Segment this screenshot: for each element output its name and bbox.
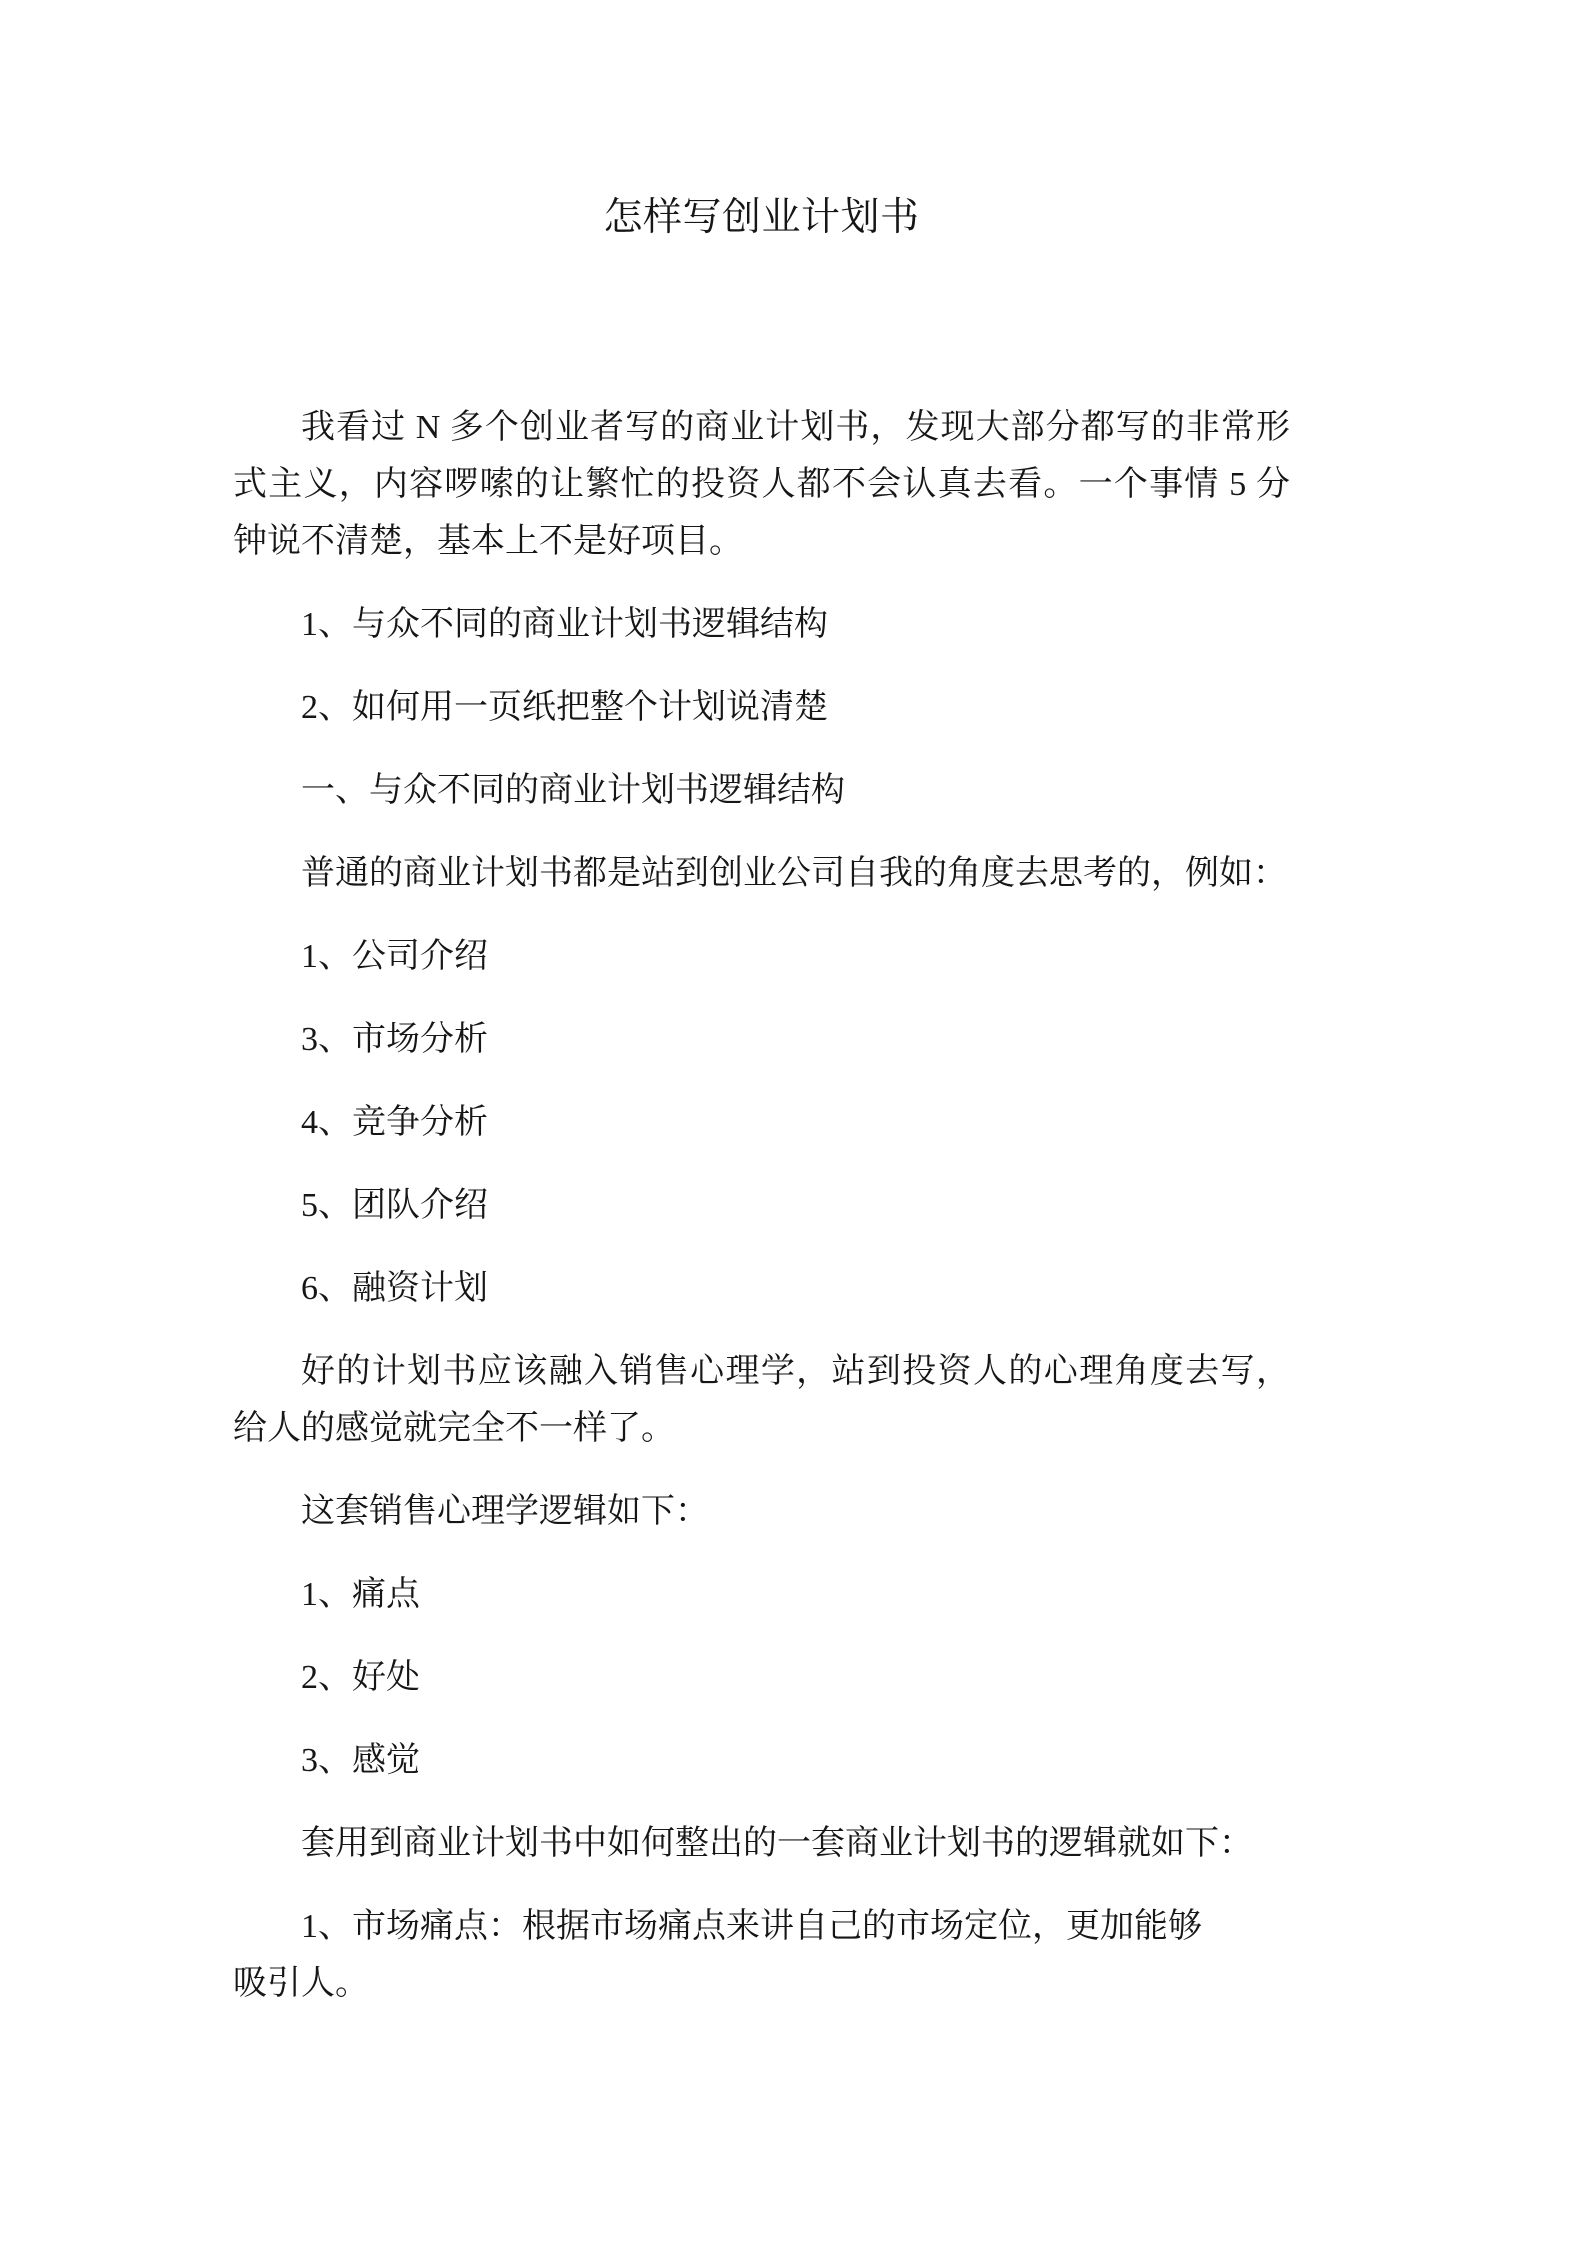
list-item-team-intro: 5、团队介绍 [233,1177,1290,1234]
document-title: 怎样写创业计划书 [233,193,1290,243]
paragraph-line: 式主义，内容啰嗦的让繁忙的投资人都不会认真去看。一个事情 5 分 [233,456,1290,513]
outline-item-1: 1、与众不同的商业计划书逻辑结构 [233,596,1290,653]
list-item-company-intro: 1、公司介绍 [233,928,1290,985]
paragraph-line: 吸引人。 [233,1955,1290,2012]
list-item-pain-point: 1、痛点 [233,1566,1290,1623]
market-pain-point-paragraph: 1、市场痛点：根据市场痛点来讲自己的市场定位，更加能够 吸引人。 [233,1898,1290,2012]
outline-item-2: 2、如何用一页纸把整个计划说清楚 [233,679,1290,736]
paragraph-line: 好的计划书应该融入销售心理学，站到投资人的心理角度去写， [233,1343,1290,1400]
paragraph-line: 我看过 N 多个创业者写的商业计划书，发现大部分都写的非常形 [233,399,1290,456]
paragraph-line: 给人的感觉就完全不一样了。 [233,1400,1290,1457]
list-item-benefit: 2、好处 [233,1649,1290,1706]
good-plan-paragraph: 好的计划书应该融入销售心理学，站到投资人的心理角度去写， 给人的感觉就完全不一样… [233,1343,1290,1457]
list-item-feeling: 3、感觉 [233,1732,1290,1789]
list-item-competition-analysis: 4、竞争分析 [233,1094,1290,1151]
document-content: 怎样写创业计划书 我看过 N 多个创业者写的商业计划书，发现大部分都写的非常形 … [233,193,1290,2012]
psychology-intro-paragraph: 这套销售心理学逻辑如下： [233,1483,1290,1540]
intro-paragraph: 我看过 N 多个创业者写的商业计划书，发现大部分都写的非常形 式主义，内容啰嗦的… [233,399,1290,570]
apply-intro-paragraph: 套用到商业计划书中如何整出的一套商业计划书的逻辑就如下： [233,1815,1290,1872]
document-page: 怎样写创业计划书 我看过 N 多个创业者写的商业计划书，发现大部分都写的非常形 … [0,0,1594,2255]
paragraph-line: 钟说不清楚，基本上不是好项目。 [233,513,1290,570]
ordinary-plan-paragraph: 普通的商业计划书都是站到创业公司自我的角度去思考的，例如： [233,845,1290,902]
paragraph-line: 1、市场痛点：根据市场痛点来讲自己的市场定位，更加能够 [233,1898,1290,1955]
list-item-market-analysis: 3、市场分析 [233,1011,1290,1068]
list-item-financing-plan: 6、融资计划 [233,1260,1290,1317]
section-heading-1: 一、与众不同的商业计划书逻辑结构 [233,762,1290,819]
